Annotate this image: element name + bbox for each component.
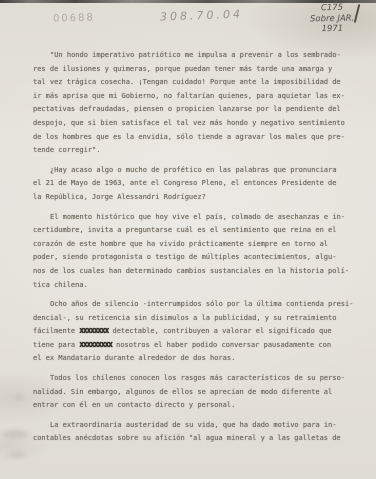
- typed-text: "Un hondo imperativo patriótico me impul…: [33, 49, 363, 452]
- text-line: la República, Jorge Alessandri Rodríguez…: [33, 191, 363, 205]
- document-page: 00688 308.70.04 C175 Sobre JAR. 1971 "Un…: [0, 0, 376, 479]
- text-line: ¿Hay acaso algo o mucho de profético en …: [33, 164, 363, 178]
- pencil-archive-code: 308.70.04: [160, 8, 243, 24]
- text-line: poder, siendo protagonista o testigo de …: [33, 251, 363, 265]
- paragraph-silencio: Ocho años de silencio -interrumpidos sól…: [33, 298, 363, 366]
- text-segment: detectable, contribuyen a valorar el sig…: [108, 327, 331, 335]
- text-line: nos de los cuales han determinado cambio…: [33, 265, 363, 279]
- paper-smudge: [2, 430, 28, 438]
- pen-note: C175 Sobre JAR. 1971: [309, 3, 354, 35]
- text-line: contables anécdotas sobre su afición "al…: [33, 432, 363, 446]
- text-line: de los hombres que es la envidia, sólo t…: [33, 131, 363, 145]
- text-line: Todos los chilenos conocen los rasgos má…: [33, 372, 363, 386]
- text-line: dencial-, su reticencia sin disimulos a …: [33, 312, 363, 326]
- text-line-with-redaction: tiene para XXXXXXXXX nosotros el haber p…: [33, 339, 363, 353]
- text-line-with-redaction: fácilmente XXXXXXXX detectable, contribu…: [33, 325, 363, 339]
- text-line: tende corregir".: [33, 144, 363, 158]
- text-line: nalidad. Sin embargo, algunos de ellos s…: [33, 386, 363, 400]
- text-segment: tiene para: [33, 341, 79, 349]
- text-line: despojo, que si bien satisface el tal ve…: [33, 117, 363, 131]
- text-line: el ex Mandatario durante alrededor de do…: [33, 352, 363, 366]
- pen-flourish-stroke: [354, 4, 361, 23]
- pen-note-line2: Sobre JAR.: [310, 13, 355, 24]
- text-line: La extraordinaria austeridad de su vida,…: [33, 419, 363, 433]
- paragraph-austeridad: La extraordinaria austeridad de su vida,…: [33, 419, 363, 446]
- redacted-word: XXXXXXXXX: [79, 341, 112, 349]
- text-line: res de ilusiones y quimeras, porque pued…: [33, 63, 363, 77]
- scanned-document: { "doc": { "annotations": { "stamp_numbe…: [0, 0, 376, 479]
- text-segment: fácilmente: [33, 327, 79, 335]
- text-line: certidumbre, invita a preguntarse cuál e…: [33, 224, 363, 238]
- text-line: tica chilena.: [33, 279, 363, 293]
- text-line: tal vez trágica cosecha. ¡Tengan cuidado…: [33, 76, 363, 90]
- pen-note-line1: C175: [309, 3, 354, 14]
- text-line: ir más aprisa que mi Gobierno, no faltar…: [33, 90, 363, 104]
- paper-smudge: [14, 395, 24, 400]
- text-line: El momento histórico que hoy vive el paí…: [33, 211, 363, 225]
- redacted-word: XXXXXXXX: [79, 327, 108, 335]
- paragraph-momento: El momento histórico que hoy vive el paí…: [33, 211, 363, 293]
- paragraph-rasgos: Todos los chilenos conocen los rasgos má…: [33, 372, 363, 413]
- stamp-number: 00688: [53, 12, 95, 24]
- text-line: corazón de este hombre que ha vivido prá…: [33, 238, 363, 252]
- text-line: pectativas defraudadas, piensen o propic…: [33, 103, 363, 117]
- paragraph-quote: "Un hondo imperativo patriótico me impul…: [33, 49, 363, 158]
- text-segment: nosotros el haber podido conversar pausa…: [112, 341, 331, 349]
- text-line: entrar con él en un contacto directo y p…: [33, 399, 363, 413]
- text-line: el 21 de Mayo de 1963, ante el Congreso …: [33, 177, 363, 191]
- text-line: Ocho años de silencio -interrumpidos sól…: [33, 298, 363, 312]
- paper-smudge: [8, 452, 26, 458]
- pen-note-line3: 1971: [310, 24, 355, 35]
- paragraph-question: ¿Hay acaso algo o mucho de profético en …: [33, 164, 363, 205]
- text-line: "Un hondo imperativo patriótico me impul…: [33, 49, 363, 63]
